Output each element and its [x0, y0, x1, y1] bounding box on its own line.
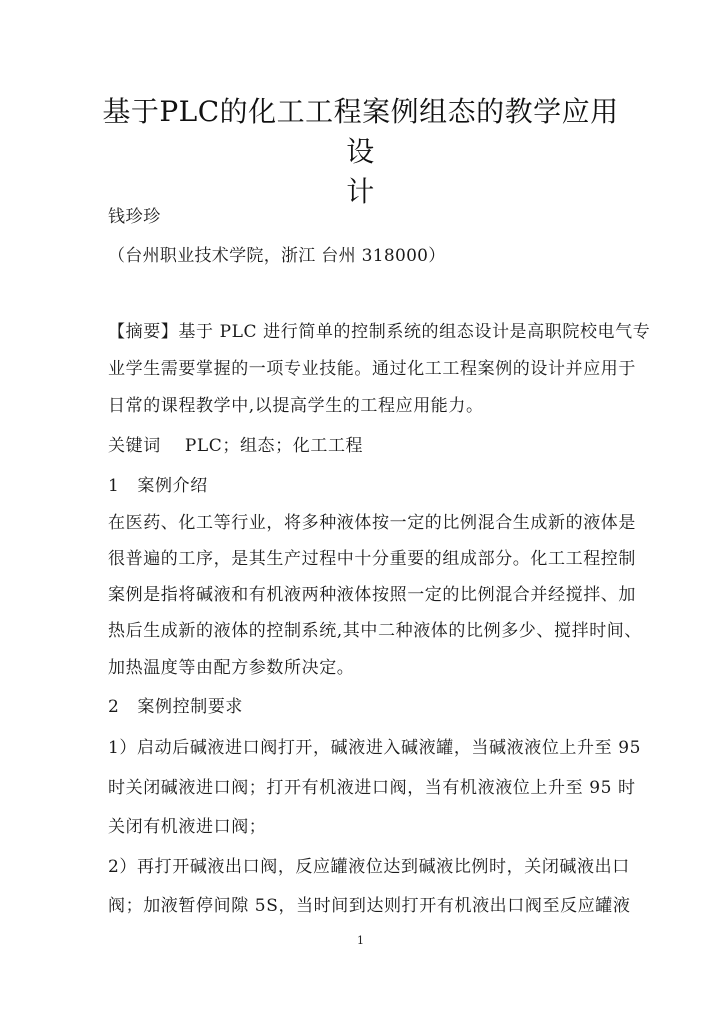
section-1-line-1: 在医药、化工等行业，将多种液体按一定的比例混合生成新的液体是 [108, 513, 614, 533]
title-line-1: 基于PLC的化工工程案例组态的教学应用设 [100, 92, 621, 172]
section-2-line-1: 1）启动后碱液进口阀打开，碱液进入碱液罐，当碱液液位上升至 95 [108, 738, 614, 758]
page-number: 1 [0, 934, 721, 947]
abstract-line-3: 日常的课程教学中,以提高学生的工程应用能力。 [108, 396, 614, 416]
section-1-heading: 1 案例介绍 [108, 476, 614, 496]
author-name: 钱珍珍 [108, 207, 614, 227]
abstract-line-1: 【摘要】基于 PLC 进行简单的控制系统的组态设计是高职院校电气专 [108, 322, 614, 342]
title-line-2: 计 [100, 172, 621, 212]
document-page: 基于PLC的化工工程案例组态的教学应用设 计 钱珍珍 （台州职业技术学院，浙江 … [0, 0, 721, 1020]
author-affiliation: （台州职业技术学院，浙江 台州 318000） [108, 246, 614, 266]
paper-title: 基于PLC的化工工程案例组态的教学应用设 计 [100, 92, 621, 212]
section-2-line-2: 时关闭碱液进口阀；打开有机液进口阀，当有机液液位上升至 95 时 [108, 778, 614, 798]
section-1-line-2: 很普遍的工序，是其生产过程中十分重要的组成部分。化工工程控制 [108, 549, 614, 569]
section-2-line-4: 2）再打开碱液出口阀，反应罐液位达到碱液比例时，关闭碱液出口 [108, 857, 614, 877]
section-2-line-3: 关闭有机液进口阀； [108, 817, 614, 837]
section-2-heading: 2 案例控制要求 [108, 697, 614, 717]
section-1-line-5: 加热温度等由配方参数所决定。 [108, 658, 614, 678]
keywords: 关键词 PLC；组态；化工工程 [108, 436, 614, 456]
section-1-line-4: 热后生成新的液体的控制系统,其中二种液体的比例多少、搅拌时间、 [108, 621, 614, 641]
section-1-line-3: 案例是指将碱液和有机液两种液体按照一定的比例混合并经搅拌、加 [108, 585, 614, 605]
abstract-line-2: 业学生需要掌握的一项专业技能。通过化工工程案例的设计并应用于 [108, 359, 614, 379]
section-2-line-5: 阀；加液暂停间隙 5S，当时间到达则打开有机液出口阀至反应罐液 [108, 896, 614, 916]
